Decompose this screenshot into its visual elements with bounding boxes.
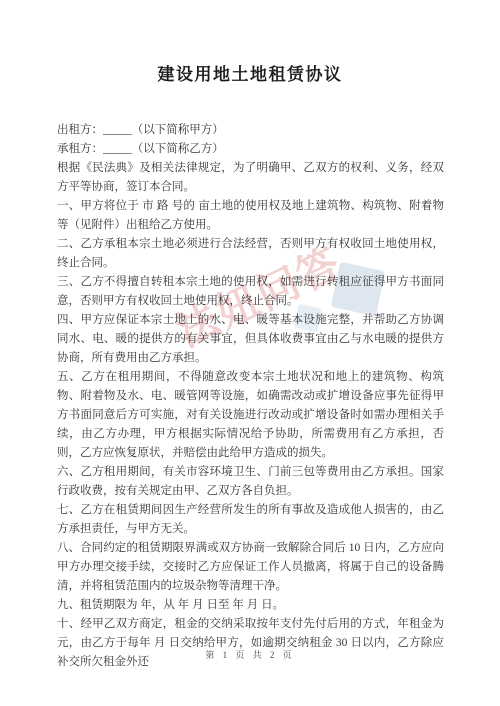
party-lessor-line: 出租方：_____（以下简称甲方） xyxy=(57,121,444,140)
clause-9: 九、租赁期限为 年，从 年 月 日至 年 月 日。 xyxy=(57,596,444,615)
clause-6: 六、乙方租用期间，有关市容环境卫生、门前三包等费用由乙方承担。国家行政收费，按有… xyxy=(57,463,444,501)
document-title: 建设用地土地租赁协议 xyxy=(0,0,500,85)
party-lessee-line: 承租方：_____（以下简称乙方） xyxy=(57,140,444,159)
document-page: 法妞问答 建设用地土地租赁协议 出租方：_____（以下简称甲方） 承租方：__… xyxy=(0,0,500,706)
clause-1: 一、甲方将位于 市 路 号的 亩土地的使用权及地上建筑物、构筑物、附着物等（见附… xyxy=(57,197,444,235)
document-body: 出租方：_____（以下简称甲方） 承租方：_____（以下简称乙方） 根据《民… xyxy=(57,121,444,672)
clause-8: 八、合同约定的租赁期限界满或双方协商一致解除合同后 10 日内，乙方应向甲方办理… xyxy=(57,539,444,596)
clause-3: 三、乙方不得擅自转租本宗土地的使用权，如需进行转租应征得甲方书面同意，否则甲方有… xyxy=(57,273,444,311)
preamble: 根据《民法典》及相关法律规定，为了明确甲、乙双方的权利、义务，经双方平等协商，签… xyxy=(57,159,444,197)
clause-4: 四、甲方应保证本宗土地上的水、电、暖等基本设施完整，并帮助乙方协调同水、电、暖的… xyxy=(57,311,444,368)
clause-2: 二、乙方承租本宗土地必须进行合法经营，否则甲方有权收回土地使用权，终止合同。 xyxy=(57,235,444,273)
clause-10: 十、经甲乙双方商定，租金的交纳采取按年支付先付后用的方式，年租金为 元，由乙方于… xyxy=(57,615,444,672)
clause-7: 七、乙方在租赁期间因生产经营所发生的所有事故及造成他人损害的，由乙方承担责任，与… xyxy=(57,501,444,539)
clause-5: 五、乙方在租用期间，不得随意改变本宗土地状况和地上的建筑物、构筑物、附着物及水、… xyxy=(57,368,444,463)
page-number: 第 1 页 共 2 页 xyxy=(0,648,500,661)
